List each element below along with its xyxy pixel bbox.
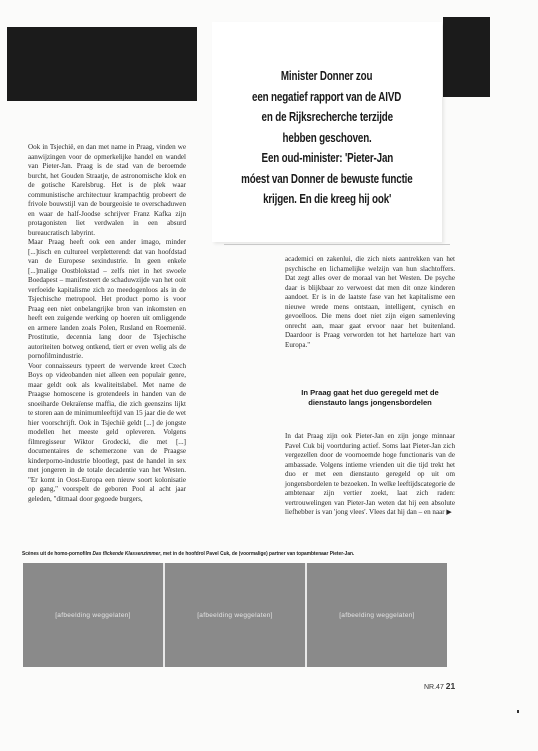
scan-artifact [517,710,519,713]
redaction-block-right [443,17,490,97]
pull-quote-line: en de Rijksrecherche terzijde [261,107,392,128]
article-column-right: academici en zakenlui, die zich niets aa… [285,255,455,350]
issue-number: NR.47 [424,684,444,691]
article-column-right-continued: In dat Praag zijn ook Pieter-Jan en zijn… [285,432,455,518]
body-paragraph: Voor connaisseurs typeert de wervende kr… [28,362,186,505]
pull-quote-line: een negatief rapport van de AIVD [252,87,401,108]
pull-quote-line: Een oud-minister: 'Pieter-Jan [261,148,393,169]
photo-placeholder: [afbeelding weggelaten] [23,563,163,667]
pull-quote: Minister Donner zou een negatief rapport… [212,22,442,242]
body-paragraph: In dat Praag zijn ook Pieter-Jan en zijn… [285,432,455,516]
continue-arrow-icon: ▶ [446,508,451,516]
pull-quote-line: móest van Donner de bewuste functie [241,169,412,190]
page-footer: NR.47 21 [424,681,455,691]
body-paragraph: academici en zakenlui, die zich niets aa… [285,255,455,350]
page-number: 21 [446,681,455,691]
pull-quote-line: Minister Donner zou [281,66,372,87]
redaction-block-left [7,27,197,101]
body-paragraph: Ook in Tsjechië, en dan met name in Praa… [28,143,186,238]
pull-quote-divider [224,244,450,245]
photo-strip: [afbeelding weggelaten] [afbeelding wegg… [23,563,447,667]
article-column-left: Ook in Tsjechië, en dan met name in Praa… [28,143,186,504]
section-subheading: In Praag gaat het duo geregeld met de di… [285,388,455,408]
pull-quote-line: krijgen. En die kreeg hij ook' [263,189,391,210]
film-title: Das flickende Klassenzimmer [93,551,161,557]
photo-placeholder: [afbeelding weggelaten] [165,563,305,667]
photo-caption: Scènes uit de homo-pornofilm Das flicken… [22,551,400,557]
photo-placeholder: [afbeelding weggelaten] [307,563,447,667]
body-paragraph: Maar Praag heeft ook een ander imago, mi… [28,238,186,362]
pull-quote-line: hebben geschoven. [282,128,371,149]
